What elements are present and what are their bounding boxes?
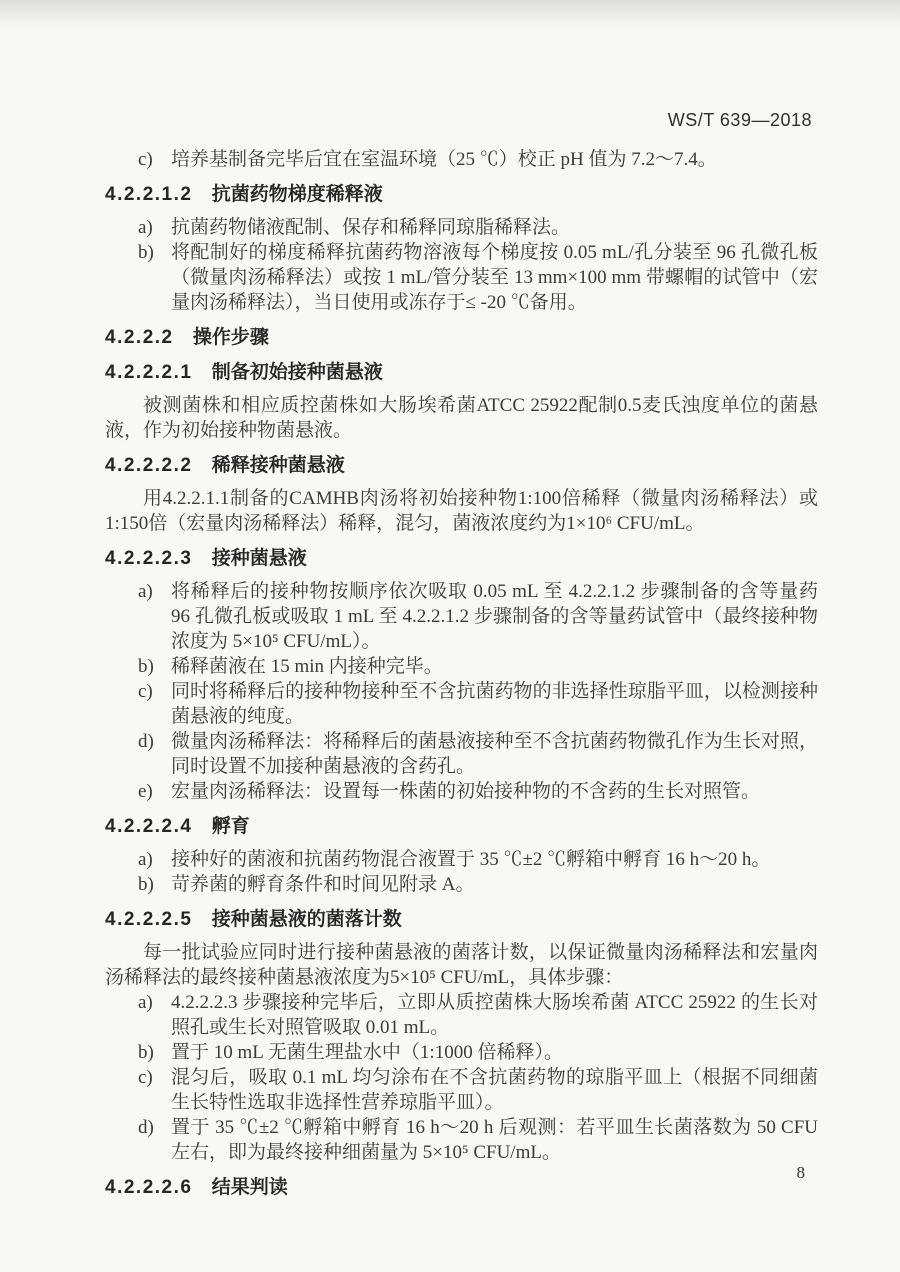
section-title: 结果判读 — [212, 1177, 288, 1198]
section-number: 4.2.2.2.2 — [105, 455, 192, 476]
section-number: 4.2.2.2.1 — [105, 362, 192, 383]
list-item-label: d) — [138, 1115, 171, 1165]
list-item-label: a) — [138, 847, 171, 872]
paragraph: 用4.2.2.1.1制备的CAMHB肉汤将初始接种物1:100倍稀释（微量肉汤稀… — [105, 486, 818, 536]
list-item-text: 同时将稀释后的接种物接种至不含抗菌药物的非选择性琼脂平皿，以检测接种菌悬液的纯度… — [171, 679, 818, 729]
list-item-text: 4.2.2.2.3 步骤接种完毕后，立即从质控菌株大肠埃希菌 ATCC 2592… — [171, 990, 818, 1040]
list-item-label: b) — [138, 240, 171, 315]
section-title: 稀释接种菌悬液 — [212, 455, 345, 476]
section-number: 4.2.2.2 — [105, 327, 174, 348]
list-item-text: 稀释菌液在 15 min 内接种完毕。 — [171, 654, 818, 679]
section-number: 4.2.2.2.4 — [105, 816, 192, 837]
section-heading: 4.2.2.2.3 接种菌悬液 — [105, 546, 818, 571]
section-number: 4.2.2.2.5 — [105, 909, 192, 930]
section-heading: 4.2.2.2.2 稀释接种菌悬液 — [105, 453, 818, 478]
list-item: c) 培养基制备完毕后宜在室温环境（25 ℃）校正 pH 值为 7.2～7.4。 — [105, 147, 818, 172]
list-item-label: b) — [138, 872, 171, 897]
list-item-label: b) — [138, 1040, 171, 1065]
list-item-text: 混匀后，吸取 0.1 mL 均匀涂布在不含抗菌药物的琼脂平皿上（根据不同细菌生长… — [171, 1065, 818, 1115]
section-heading: 4.2.2.2 操作步骤 — [105, 325, 818, 350]
list-item: c) 混匀后，吸取 0.1 mL 均匀涂布在不含抗菌药物的琼脂平皿上（根据不同细… — [105, 1065, 818, 1115]
list-block: a) 4.2.2.2.3 步骤接种完毕后，立即从质控菌株大肠埃希菌 ATCC 2… — [105, 990, 818, 1165]
section-number: 4.2.2.2.3 — [105, 548, 192, 569]
section-heading: 4.2.2.2.4 孵育 — [105, 814, 818, 839]
list-item: b) 置于 10 mL 无菌生理盐水中（1:1000 倍稀释）。 — [105, 1040, 818, 1065]
list-item: c) 同时将稀释后的接种物接种至不含抗菌药物的非选择性琼脂平皿，以检测接种菌悬液… — [105, 679, 818, 729]
list-block: c) 培养基制备完毕后宜在室温环境（25 ℃）校正 pH 值为 7.2～7.4。 — [105, 147, 818, 172]
list-item-text: 接种好的菌液和抗菌药物混合液置于 35 ℃±2 ℃孵箱中孵育 16 h～20 h… — [171, 847, 818, 872]
section-title: 操作步骤 — [193, 327, 269, 348]
list-item-label: c) — [138, 1065, 171, 1115]
list-item-label: a) — [138, 215, 171, 240]
section-heading: 4.2.2.2.5 接种菌悬液的菌落计数 — [105, 907, 818, 932]
section-heading: 4.2.2.1.2 抗菌药物梯度稀释液 — [105, 182, 818, 207]
section-title: 抗菌药物梯度稀释液 — [212, 184, 383, 205]
paragraph: 每一批试验应同时进行接种菌悬液的菌落计数，以保证微量肉汤稀释法和宏量肉汤稀释法的… — [105, 940, 818, 990]
section-number: 4.2.2.2.6 — [105, 1177, 192, 1198]
section-title: 接种菌悬液 — [212, 548, 307, 569]
list-item: a) 抗菌药物储液配制、保存和稀释同琼脂稀释法。 — [105, 215, 818, 240]
list-item: d) 置于 35 ℃±2 ℃孵箱中孵育 16 h～20 h 后观测：若平皿生长菌… — [105, 1115, 818, 1165]
document-content: c) 培养基制备完毕后宜在室温环境（25 ℃）校正 pH 值为 7.2～7.4。… — [0, 0, 900, 1208]
list-item-text: 置于 10 mL 无菌生理盐水中（1:1000 倍稀释）。 — [171, 1040, 818, 1065]
list-item-text: 培养基制备完毕后宜在室温环境（25 ℃）校正 pH 值为 7.2～7.4。 — [171, 147, 818, 172]
list-item: b) 苛养菌的孵育条件和时间见附录 A。 — [105, 872, 818, 897]
list-block: a) 将稀释后的接种物按顺序依次吸取 0.05 mL 至 4.2.2.1.2 步… — [105, 579, 818, 804]
list-item: e) 宏量肉汤稀释法：设置每一株菌的初始接种物的不含药的生长对照管。 — [105, 779, 818, 804]
list-block: a) 接种好的菌液和抗菌药物混合液置于 35 ℃±2 ℃孵箱中孵育 16 h～2… — [105, 847, 818, 897]
list-item: b) 将配制好的梯度稀释抗菌药物溶液每个梯度按 0.05 mL/孔分装至 96 … — [105, 240, 818, 315]
page-number: 8 — [797, 1163, 806, 1183]
paragraph: 被测菌株和相应质控菌株如大肠埃希菌ATCC 25922配制0.5麦氏浊度单位的菌… — [105, 393, 818, 443]
list-item-text: 微量肉汤稀释法：将稀释后的菌悬液接种至不含抗菌药物微孔作为生长对照，同时设置不加… — [171, 729, 818, 779]
list-item-text: 苛养菌的孵育条件和时间见附录 A。 — [171, 872, 818, 897]
list-item-text: 宏量肉汤稀释法：设置每一株菌的初始接种物的不含药的生长对照管。 — [171, 779, 818, 804]
list-item-text: 将稀释后的接种物按顺序依次吸取 0.05 mL 至 4.2.2.1.2 步骤制备… — [171, 579, 818, 654]
list-block: a) 抗菌药物储液配制、保存和稀释同琼脂稀释法。 b) 将配制好的梯度稀释抗菌药… — [105, 215, 818, 315]
list-item-label: e) — [138, 779, 171, 804]
section-number: 4.2.2.1.2 — [105, 184, 192, 205]
section-title: 接种菌悬液的菌落计数 — [212, 909, 402, 930]
list-item: d) 微量肉汤稀释法：将稀释后的菌悬液接种至不含抗菌药物微孔作为生长对照，同时设… — [105, 729, 818, 779]
list-item-label: d) — [138, 729, 171, 779]
list-item-text: 抗菌药物储液配制、保存和稀释同琼脂稀释法。 — [171, 215, 818, 240]
section-title: 制备初始接种菌悬液 — [212, 362, 383, 383]
list-item-label: a) — [138, 990, 171, 1040]
section-heading: 4.2.2.2.6 结果判读 — [105, 1175, 818, 1200]
list-item-text: 将配制好的梯度稀释抗菌药物溶液每个梯度按 0.05 mL/孔分装至 96 孔微孔… — [171, 240, 818, 315]
list-item: b) 稀释菌液在 15 min 内接种完毕。 — [105, 654, 818, 679]
list-item-label: c) — [138, 147, 171, 172]
list-item: a) 接种好的菌液和抗菌药物混合液置于 35 ℃±2 ℃孵箱中孵育 16 h～2… — [105, 847, 818, 872]
section-title: 孵育 — [212, 816, 250, 837]
list-item-label: b) — [138, 654, 171, 679]
section-heading: 4.2.2.2.1 制备初始接种菌悬液 — [105, 360, 818, 385]
list-item-label: a) — [138, 579, 171, 654]
list-item: a) 将稀释后的接种物按顺序依次吸取 0.05 mL 至 4.2.2.1.2 步… — [105, 579, 818, 654]
list-item-label: c) — [138, 679, 171, 729]
list-item-text: 置于 35 ℃±2 ℃孵箱中孵育 16 h～20 h 后观测：若平皿生长菌落数为… — [171, 1115, 818, 1165]
list-item: a) 4.2.2.2.3 步骤接种完毕后，立即从质控菌株大肠埃希菌 ATCC 2… — [105, 990, 818, 1040]
